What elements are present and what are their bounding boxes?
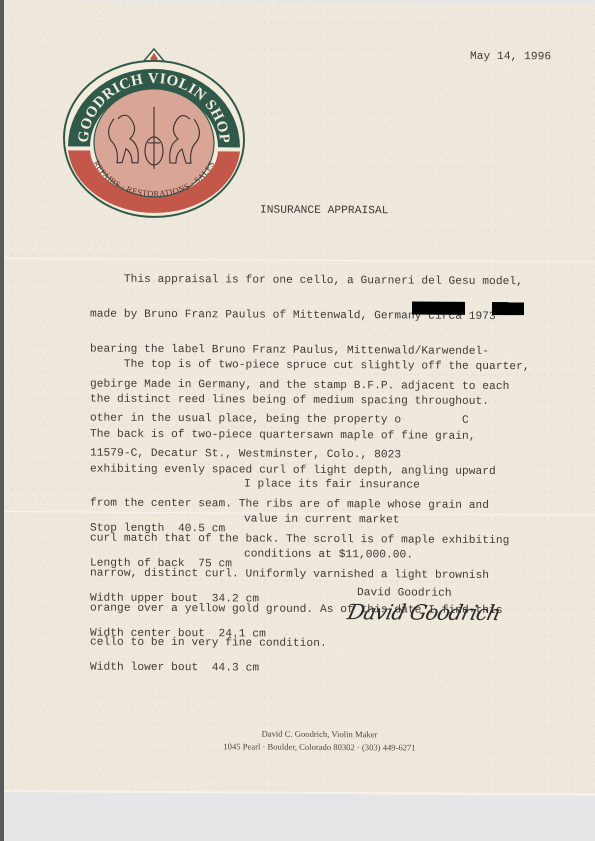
- footer-maker: David C. Goodrich, Violin Maker: [24, 727, 595, 741]
- measurement-row: Stop length 40.5 cm: [90, 524, 266, 537]
- measurement-row: Length of back 75 cm: [90, 558, 266, 571]
- letter-date: May 14, 1996: [470, 52, 551, 64]
- document-title: INSURANCE APPRAISAL: [260, 206, 389, 218]
- goodrich-violin-shop-logo: GOODRICH VIOLIN SHOP REPAIRS · RESTORATI…: [58, 46, 250, 223]
- redaction-box: [412, 301, 465, 314]
- valuation-statement: I place its fair insurance value in curr…: [244, 456, 420, 585]
- letter-page: GOODRICH VIOLIN SHOP REPAIRS · RESTORATI…: [4, 0, 595, 796]
- measurements-list: Stop length 40.5 cm Length of back 75 cm…: [90, 501, 266, 699]
- redaction-box: [492, 302, 524, 315]
- footer-address: 1045 Pearl · Boulder, Colorado 80302 · (…: [24, 740, 595, 754]
- measurement-row: Width lower bout 44.3 cm: [90, 663, 266, 676]
- measurement-row: Width center bout 24.1 cm: [90, 628, 266, 641]
- measurement-row: Width upper bout 34.2 cm: [90, 593, 266, 606]
- handwritten-signature: David Goodrich: [345, 600, 502, 625]
- signer-name: David Goodrich: [357, 588, 452, 600]
